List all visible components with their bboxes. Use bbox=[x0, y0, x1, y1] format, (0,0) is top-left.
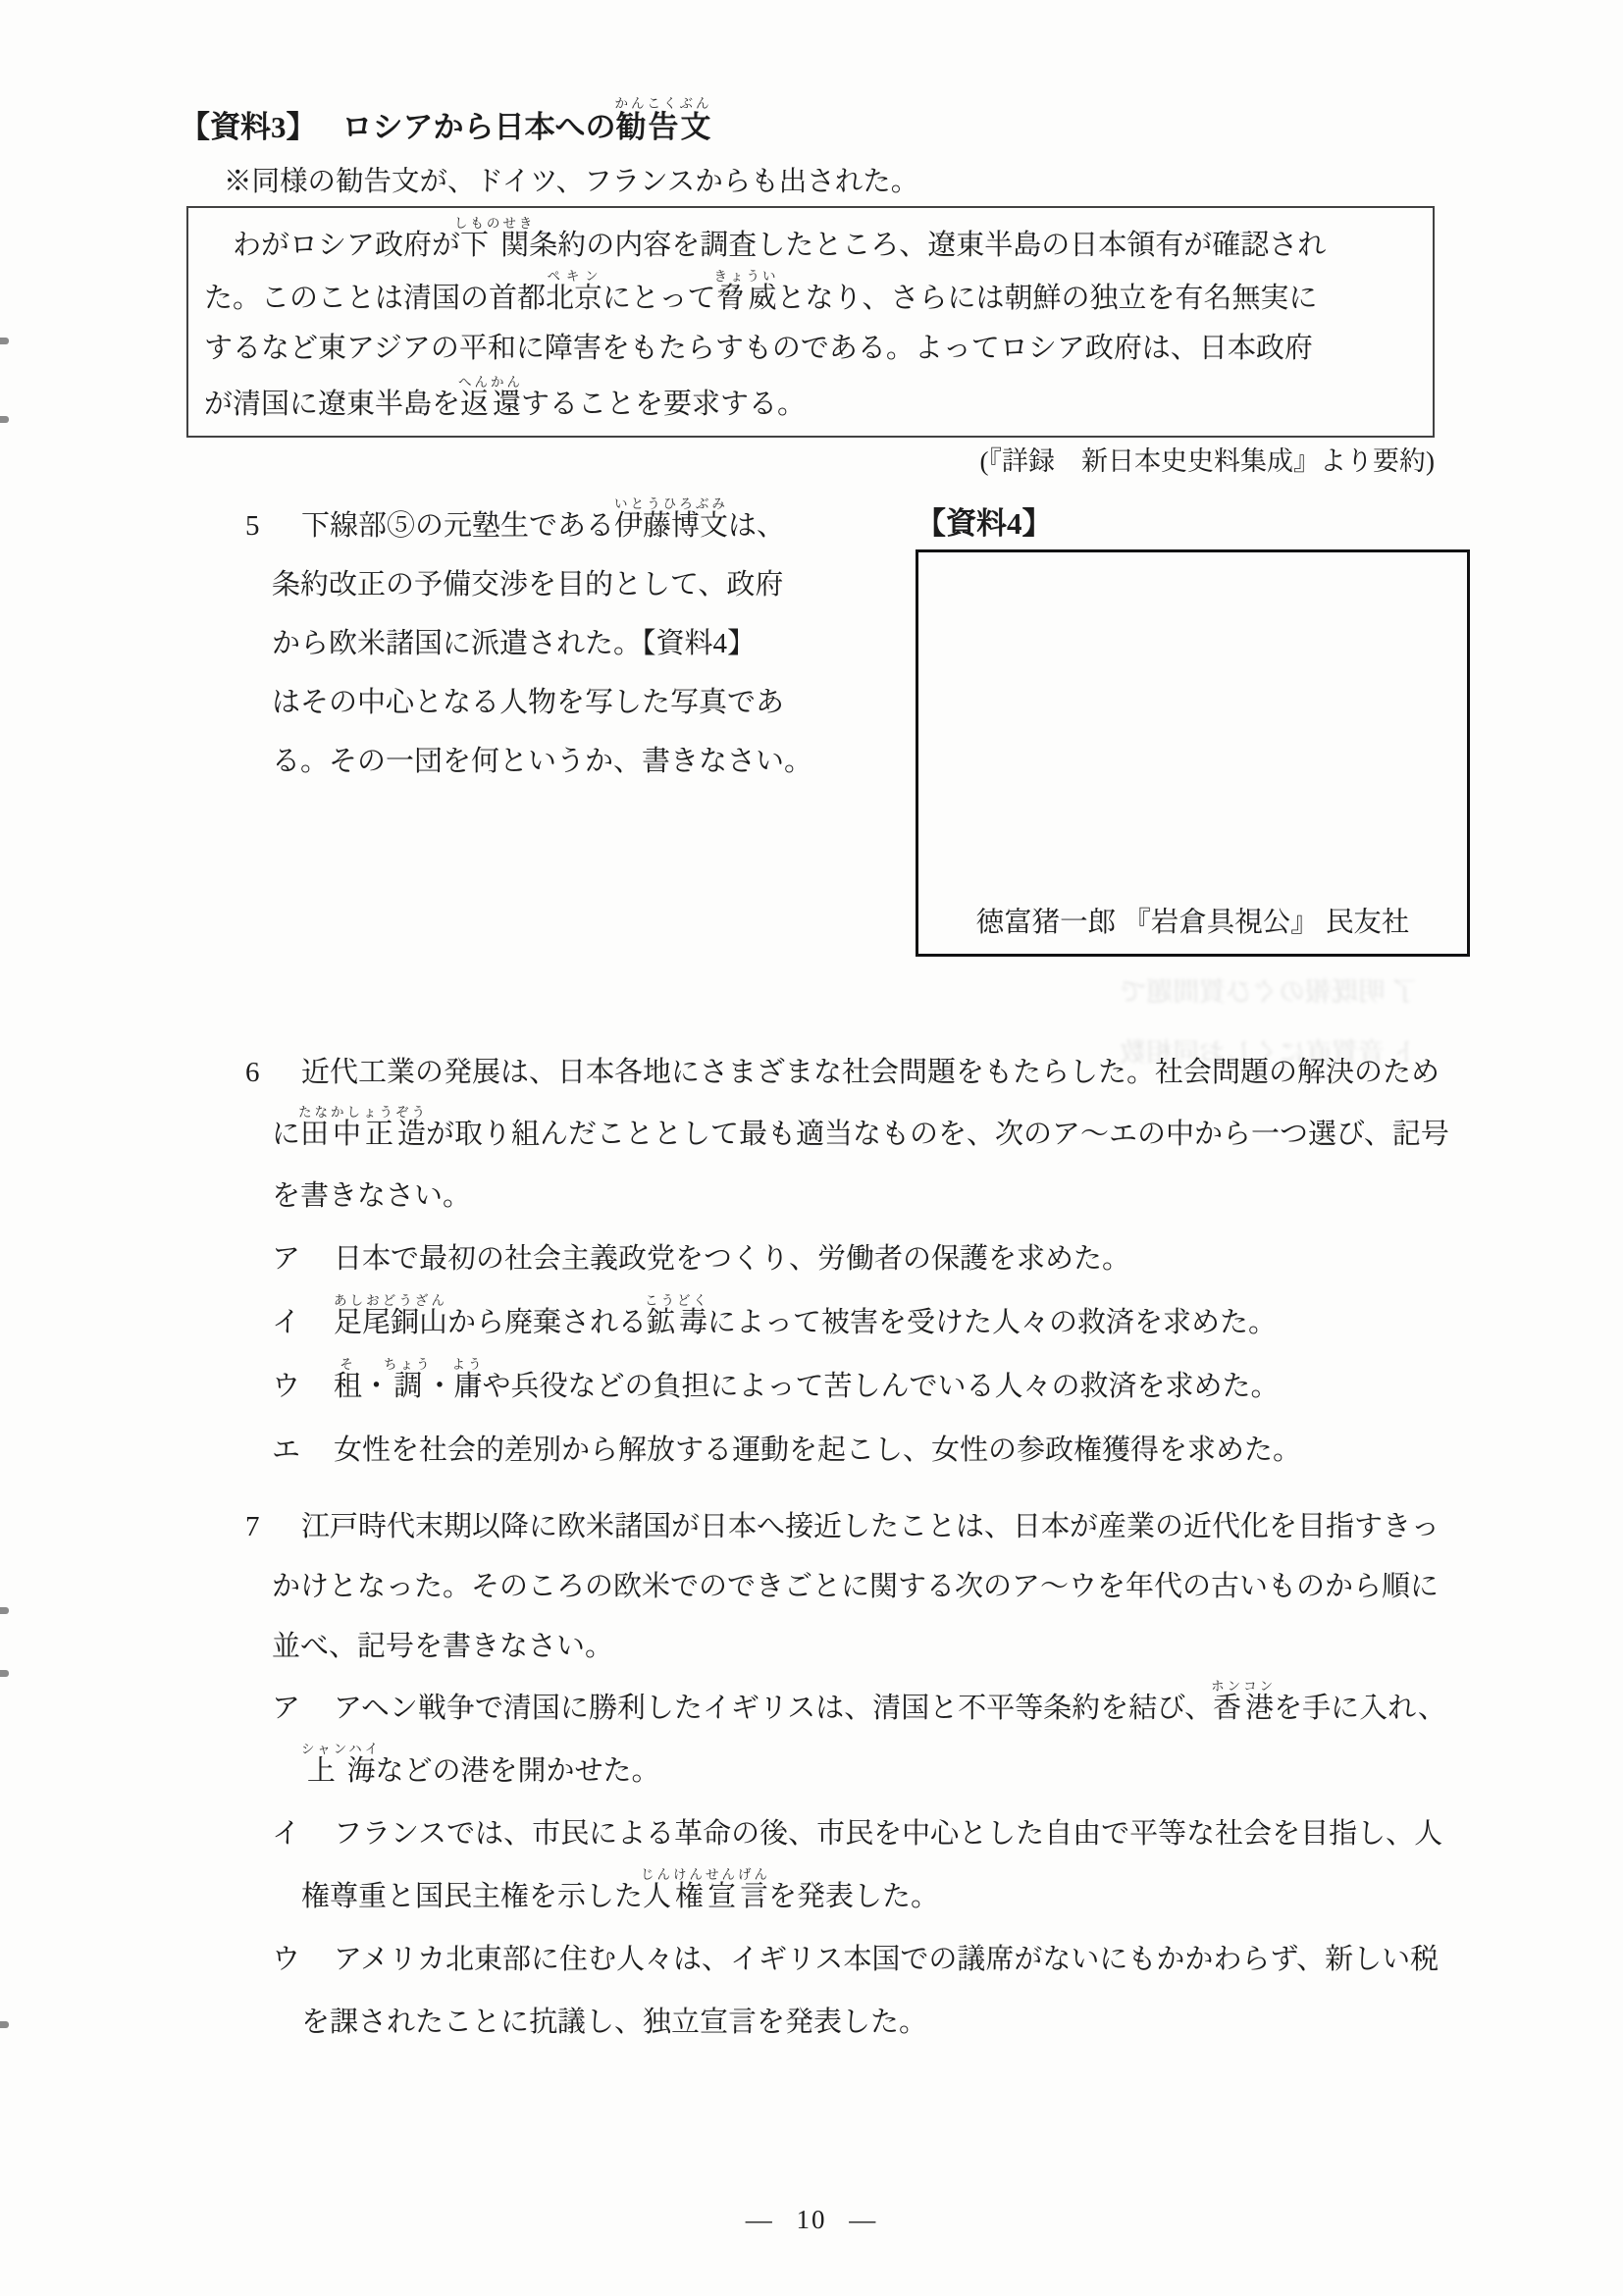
question-7-option-i: イフランスでは、市民による革命の後、市民を中心とした自由で平等な社会を目指し、人 bbox=[245, 1802, 1501, 1865]
option-letter: イ bbox=[272, 1802, 334, 1865]
question-7-option-i-cont: 権尊重と国民主権を示した人権宣言じんけんせんげんを発表した。 bbox=[245, 1865, 1501, 1928]
shiryo4-label: 【資料4】 bbox=[916, 494, 1053, 554]
scan-edge-mark bbox=[0, 338, 9, 344]
shiryo3-attribution: (『詳録 新日本史史料集成』より要約) bbox=[186, 440, 1435, 483]
question-5-line: る。その一団を何というか、書きなさい。 bbox=[245, 732, 834, 791]
question-7-option-a-cont: 上海シャンハイなどの港を開かせた。 bbox=[245, 1740, 1501, 1802]
shiryo3-quote-box: わがロシア政府が下関しものせき条約の内容を調査したところ、遼東半島の日本領有が確… bbox=[186, 206, 1435, 438]
shiryo3-box-line: わがロシア政府が下関しものせき条約の内容を調査したところ、遼東半島の日本領有が確… bbox=[204, 216, 1417, 269]
exam-page: { "shiryo3": { "label": "【資料3】", "title_… bbox=[0, 0, 1623, 2296]
option-text: アメリカ北東部に住む人々は、イギリス本国での議席がないにもかかわらず、新しい税 bbox=[334, 1944, 1439, 1975]
shiryo4-caption: 徳富猪一郎 『岩倉具視公』 民友社 bbox=[918, 900, 1467, 940]
question-6: 6近代工業の発展は、日本各地にさまざまな社会問題をもたらした。社会問題の解決のた… bbox=[245, 1042, 1501, 1483]
question-5-line: 条約改正の予備交渉を目的として、政府 bbox=[245, 555, 834, 614]
question-6-option-e: エ女性を社会的差別から解放する運動を起こし、女性の参政権獲得を求めた。 bbox=[245, 1419, 1501, 1483]
option-letter: ア bbox=[272, 1227, 334, 1291]
question-5-first-line: 5下線部⑤の元塾生である伊藤博文いとうひろぶみは、 bbox=[245, 496, 834, 555]
option-text: 女性を社会的差別から解放する運動を起こし、女性の参政権獲得を求めた。 bbox=[334, 1435, 1301, 1466]
question-7-number: 7 bbox=[245, 1497, 301, 1557]
question-6-option-i: イ足尾銅山あしおどうざんから廃棄される鉱毒こうどくによって被害を受けた人々の救済… bbox=[245, 1291, 1501, 1355]
question-5: 5下線部⑤の元塾生である伊藤博文いとうひろぶみは、 条約改正の予備交渉を目的とし… bbox=[245, 496, 834, 791]
question-7-line: 並べ、記号を書きなさい。 bbox=[245, 1617, 1501, 1677]
option-letter: ウ bbox=[272, 1928, 334, 1991]
bleed-line: 了 明既報のぐひ賀間題で bbox=[888, 962, 1418, 1022]
shiryo3-heading: 【資料3】ロシアから日本への勧告文かんこくぶん bbox=[180, 96, 712, 157]
question-5-number: 5 bbox=[245, 496, 301, 555]
option-text: アヘン戦争で清国に勝利したイギリスは、清国と不平等条約を結び、香港ホンコンを手に… bbox=[334, 1693, 1446, 1724]
shiryo4-photo-box: 徳富猪一郎 『岩倉具視公』 民友社 bbox=[916, 549, 1470, 957]
question-7: 7江戸時代末期以降に欧米諸国が日本へ接近したことは、日本が産業の近代化を目指すき… bbox=[245, 1497, 1501, 2054]
shiryo3-title: ロシアから日本への勧告文かんこくぶん bbox=[342, 110, 712, 144]
question-6-first-line: 6近代工業の発展は、日本各地にさまざまな社会問題をもたらした。社会問題の解決のた… bbox=[245, 1042, 1501, 1104]
question-6-text: 近代工業の発展は、日本各地にさまざまな社会問題をもたらした。社会問題の解決のため bbox=[301, 1057, 1440, 1088]
shiryo3-box-line: た。このことは清国の首都北京ペキンにとって脅威きょういとなり、さらには朝鮮の独立… bbox=[204, 269, 1417, 322]
scan-edge-mark bbox=[0, 2021, 9, 2028]
option-text: 租そ・調ちょう・庸ようや兵役などの負担によって苦しんでいる人々の救済を求めた。 bbox=[334, 1371, 1280, 1402]
question-7-line: かけとなった。そのころの欧米でのできごとに関する次のア～ウを年代の古いものから順… bbox=[245, 1557, 1501, 1617]
shiryo3-label: 【資料3】 bbox=[180, 110, 317, 144]
question-7-option-a: アアヘン戦争で清国に勝利したイギリスは、清国と不平等条約を結び、香港ホンコンを手… bbox=[245, 1677, 1501, 1740]
scan-edge-mark bbox=[0, 1670, 9, 1677]
question-6-number: 6 bbox=[245, 1042, 301, 1104]
option-text: 足尾銅山あしおどうざんから廃棄される鉱毒こうどくによって被害を受けた人々の救済を… bbox=[334, 1307, 1277, 1338]
question-7-first-line: 7江戸時代末期以降に欧米諸国が日本へ接近したことは、日本が産業の近代化を目指すき… bbox=[245, 1497, 1501, 1557]
question-7-text: 江戸時代末期以降に欧米諸国が日本へ接近したことは、日本が産業の近代化を目指すきっ bbox=[301, 1511, 1440, 1542]
question-7-option-u-cont: を課されたことに抗議し、独立宣言を発表した。 bbox=[245, 1991, 1501, 2054]
question-6-line: を書きなさい。 bbox=[245, 1166, 1501, 1227]
option-letter: イ bbox=[272, 1291, 334, 1355]
option-text: 日本で最初の社会主義政党をつくり、労働者の保護を求めた。 bbox=[334, 1243, 1130, 1275]
question-6-option-u: ウ租そ・調ちょう・庸ようや兵役などの負担によって苦しんでいる人々の救済を求めた。 bbox=[245, 1355, 1501, 1419]
question-6-option-a: ア日本で最初の社会主義政党をつくり、労働者の保護を求めた。 bbox=[245, 1227, 1501, 1291]
option-letter: エ bbox=[272, 1419, 334, 1483]
question-5-line: から欧米諸国に派遣された。【資料4】 bbox=[245, 614, 834, 673]
question-5-text: 下線部⑤の元塾生である伊藤博文いとうひろぶみは、 bbox=[301, 510, 785, 542]
question-5-line: はその中心となる人物を写した写真であ bbox=[245, 673, 834, 732]
option-letter: ウ bbox=[272, 1355, 334, 1419]
shiryo3-box-line: が清国に遼東半島を返還へんかんすることを要求する。 bbox=[204, 375, 1417, 428]
scan-edge-mark bbox=[0, 416, 9, 423]
shiryo3-box-line: するなど東アジアの平和に障害をもたらすものである。よってロシア政府は、日本政府 bbox=[204, 322, 1417, 375]
page-number: ― 10 ― bbox=[0, 2198, 1623, 2241]
question-7-option-u: ウアメリカ北東部に住む人々は、イギリス本国での議席がないにもかかわらず、新しい税 bbox=[245, 1928, 1501, 1991]
question-6-line: に田中正造たなかしょうぞうが取り組んだこととして最も適当なものを、次のア～エの中… bbox=[245, 1104, 1501, 1166]
option-text: フランスでは、市民による革命の後、市民を中心とした自由で平等な社会を目指し、人 bbox=[334, 1818, 1442, 1850]
scan-edge-mark bbox=[0, 1607, 9, 1614]
option-letter: ア bbox=[272, 1677, 334, 1740]
shiryo3-note: ※同様の勧告文が、ドイツ、フランスからも出された。 bbox=[224, 157, 918, 208]
